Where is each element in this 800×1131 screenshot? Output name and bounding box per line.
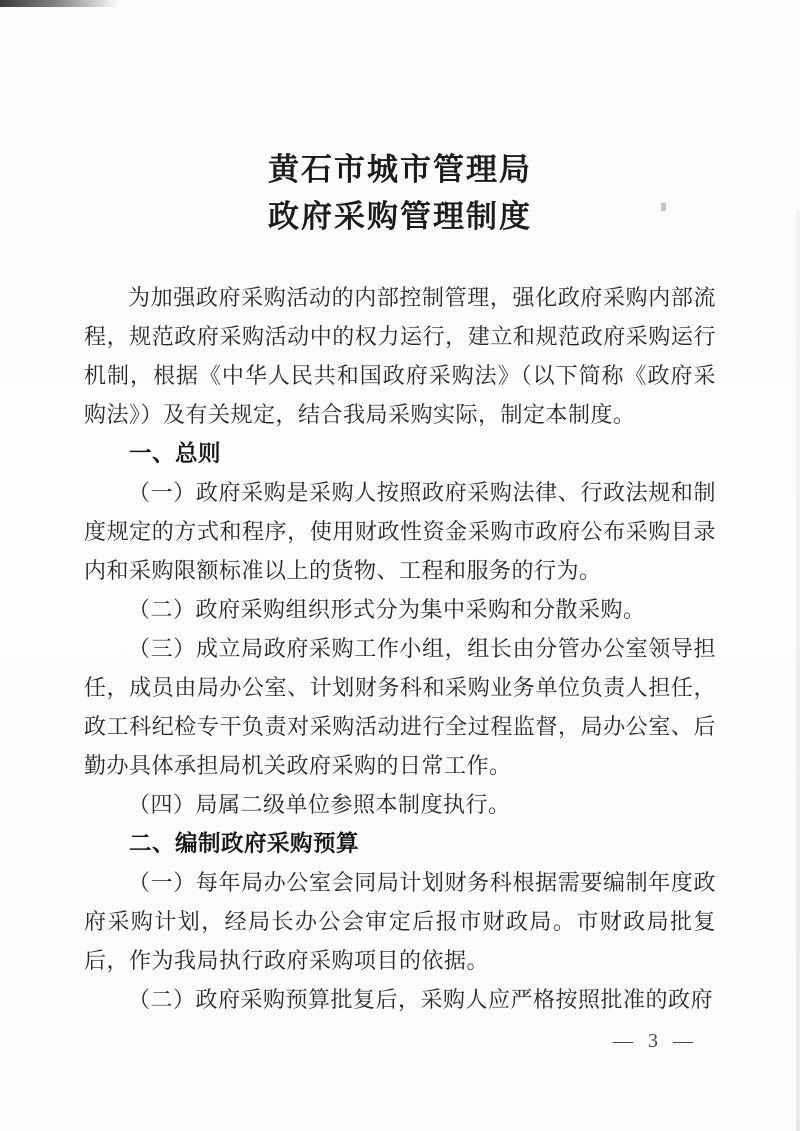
clause-1-3: （三）成立局政府采购工作小组，组长由分管办公室领导担任，成员由局办公室、计划财务… <box>84 629 716 785</box>
page-number-text: — 3 — <box>613 1030 698 1052</box>
document-body: 为加强政府采购活动的内部控制管理，强化政府采购内部流程，规范政府采购活动中的权力… <box>0 240 800 1019</box>
scan-smudge-artifact <box>0 0 118 7</box>
title-line-2: 政府采购管理制度 <box>0 193 800 240</box>
document-title: 黄石市城市管理局 政府采购管理制度 <box>0 0 800 240</box>
title-line-1: 黄石市城市管理局 <box>0 146 800 193</box>
section-heading-budget: 二、编制政府采购预算 <box>84 824 716 863</box>
scan-speck-artifact <box>661 203 666 211</box>
clause-1-2: （二）政府采购组织形式分为集中采购和分散采购。 <box>84 590 716 629</box>
scan-edge-shadow <box>796 210 800 1131</box>
intro-paragraph: 为加强政府采购活动的内部控制管理，强化政府采购内部流程，规范政府采购活动中的权力… <box>84 278 716 434</box>
clause-1-4: （四）局属二级单位参照本制度执行。 <box>84 785 716 824</box>
clause-2-2: （二）政府采购预算批复后，采购人应严格按照批准的政府 <box>84 980 716 1019</box>
clause-2-1: （一）每年局办公室会同局计划财务科根据需要编制年度政府采购计划，经局长办公会审定… <box>84 863 716 980</box>
document-page: 黄石市城市管理局 政府采购管理制度 为加强政府采购活动的内部控制管理，强化政府采… <box>0 0 800 1131</box>
section-heading-general: 一、总则 <box>84 434 716 473</box>
page-number: — 3 — <box>613 1030 698 1053</box>
clause-1-1: （一）政府采购是采购人按照政府采购法律、行政法规和制度规定的方式和程序，使用财政… <box>84 473 716 590</box>
